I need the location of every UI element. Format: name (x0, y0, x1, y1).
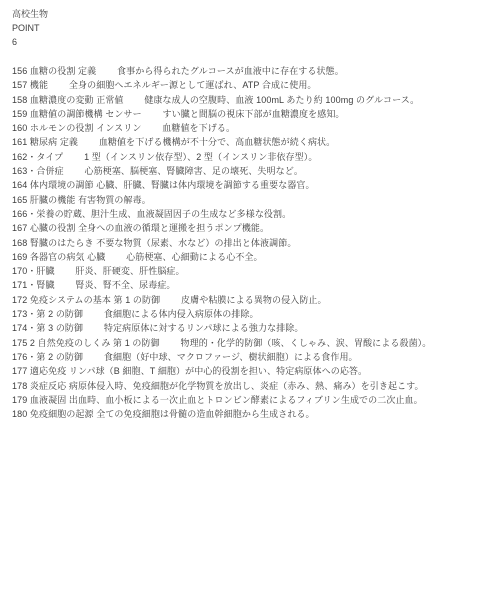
note-line: 174・第 3 の防御 特定病原体に対するリンパ球による強力な排除。 (12, 321, 483, 335)
note-line: 170・肝臓 肝炎、肝硬変、肝性脳症。 (12, 264, 483, 278)
note-line: 172 免疫システムの基本 第 1 の防御 皮膚や粘膜による異物の侵入防止。 (12, 293, 483, 307)
note-line: 180 免疫細胞の起源 全ての免疫細胞は骨髄の造血幹細胞から生成される。 (12, 407, 483, 421)
note-line: 167 心臓の役割 全身への血液の循環と運搬を担うポンプ機能。 (12, 221, 483, 235)
note-line: 162・タイプ 1 型（インスリン依存型）、2 型（インスリン非依存型）。 (12, 150, 483, 164)
notes-list: 156 血糖の役割 定義 食事から得られたグルコースが血液中に存在する状態。15… (12, 64, 483, 421)
note-line: 177 適応免疫 リンパ球（B 細胞、T 細胞）が中心的役割を担い、特定病原体へ… (12, 364, 483, 378)
note-line: 158 血糖濃度の変動 正常値 健康な成人の空腹時、血液 100mL あたり約 … (12, 93, 483, 107)
header-page-number: 6 (12, 35, 483, 49)
note-line: 156 血糖の役割 定義 食事から得られたグルコースが血液中に存在する状態。 (12, 64, 483, 78)
note-line: 179 血液凝固 出血時、血小板による一次止血とトロンビン酵素によるフィブリン生… (12, 393, 483, 407)
note-line: 168 腎臓のはたらき 不要な物質（尿素、水など）の排出と体液調節。 (12, 236, 483, 250)
note-line: 161 糖尿病 定義 血糖値を下げる機構が不十分で、高血糖状態が続く病状。 (12, 135, 483, 149)
document-header: 高校生物 POINT 6 (12, 7, 483, 49)
note-line: 169 各器官の病気 心臓 心筋梗塞、心細動による心不全。 (12, 250, 483, 264)
note-line: 171・腎臓 腎炎、腎不全、尿毒症。 (12, 278, 483, 292)
note-line: 164 体内環境の調節 心臓、肝臓、腎臓は体内環境を調節する重要な器官。 (12, 178, 483, 192)
header-subject: 高校生物 (12, 7, 483, 21)
note-line: 160 ホルモンの役割 インスリン 血糖値を下げる。 (12, 121, 483, 135)
note-line: 166・栄養の貯蔵、胆汁生成、血液凝固因子の生成など多様な役割。 (12, 207, 483, 221)
note-line: 173・第 2 の防御 食細胞による体内侵入病原体の排除。 (12, 307, 483, 321)
note-line: 178 炎症反応 病原体侵入時、免疫細胞が化学物質を放出し、炎症（赤み、熱、痛み… (12, 379, 483, 393)
header-label: POINT (12, 21, 483, 35)
note-line: 176・第 2 の防御 食細胞（好中球、マクロファージ、樹状細胞）による食作用。 (12, 350, 483, 364)
note-line: 159 血糖値の調節機構 センサー すい臓と間脳の視床下部が血糖濃度を感知。 (12, 107, 483, 121)
note-line: 157 機能 全身の細胞へエネルギー源として運ばれ、ATP 合成に使用。 (12, 78, 483, 92)
note-line: 165 肝臓の機能 有害物質の解毒。 (12, 193, 483, 207)
note-line: 163・合併症 心筋梗塞、脳梗塞、腎臓障害、足の壊死、失明など。 (12, 164, 483, 178)
document-page: 高校生物 POINT 6 156 血糖の役割 定義 食事から得られたグルコースが… (0, 0, 489, 600)
note-line: 175 2 自然免疫のしくみ 第 1 の防御 物理的・化学的防御（咳、くしゃみ、… (12, 336, 483, 350)
